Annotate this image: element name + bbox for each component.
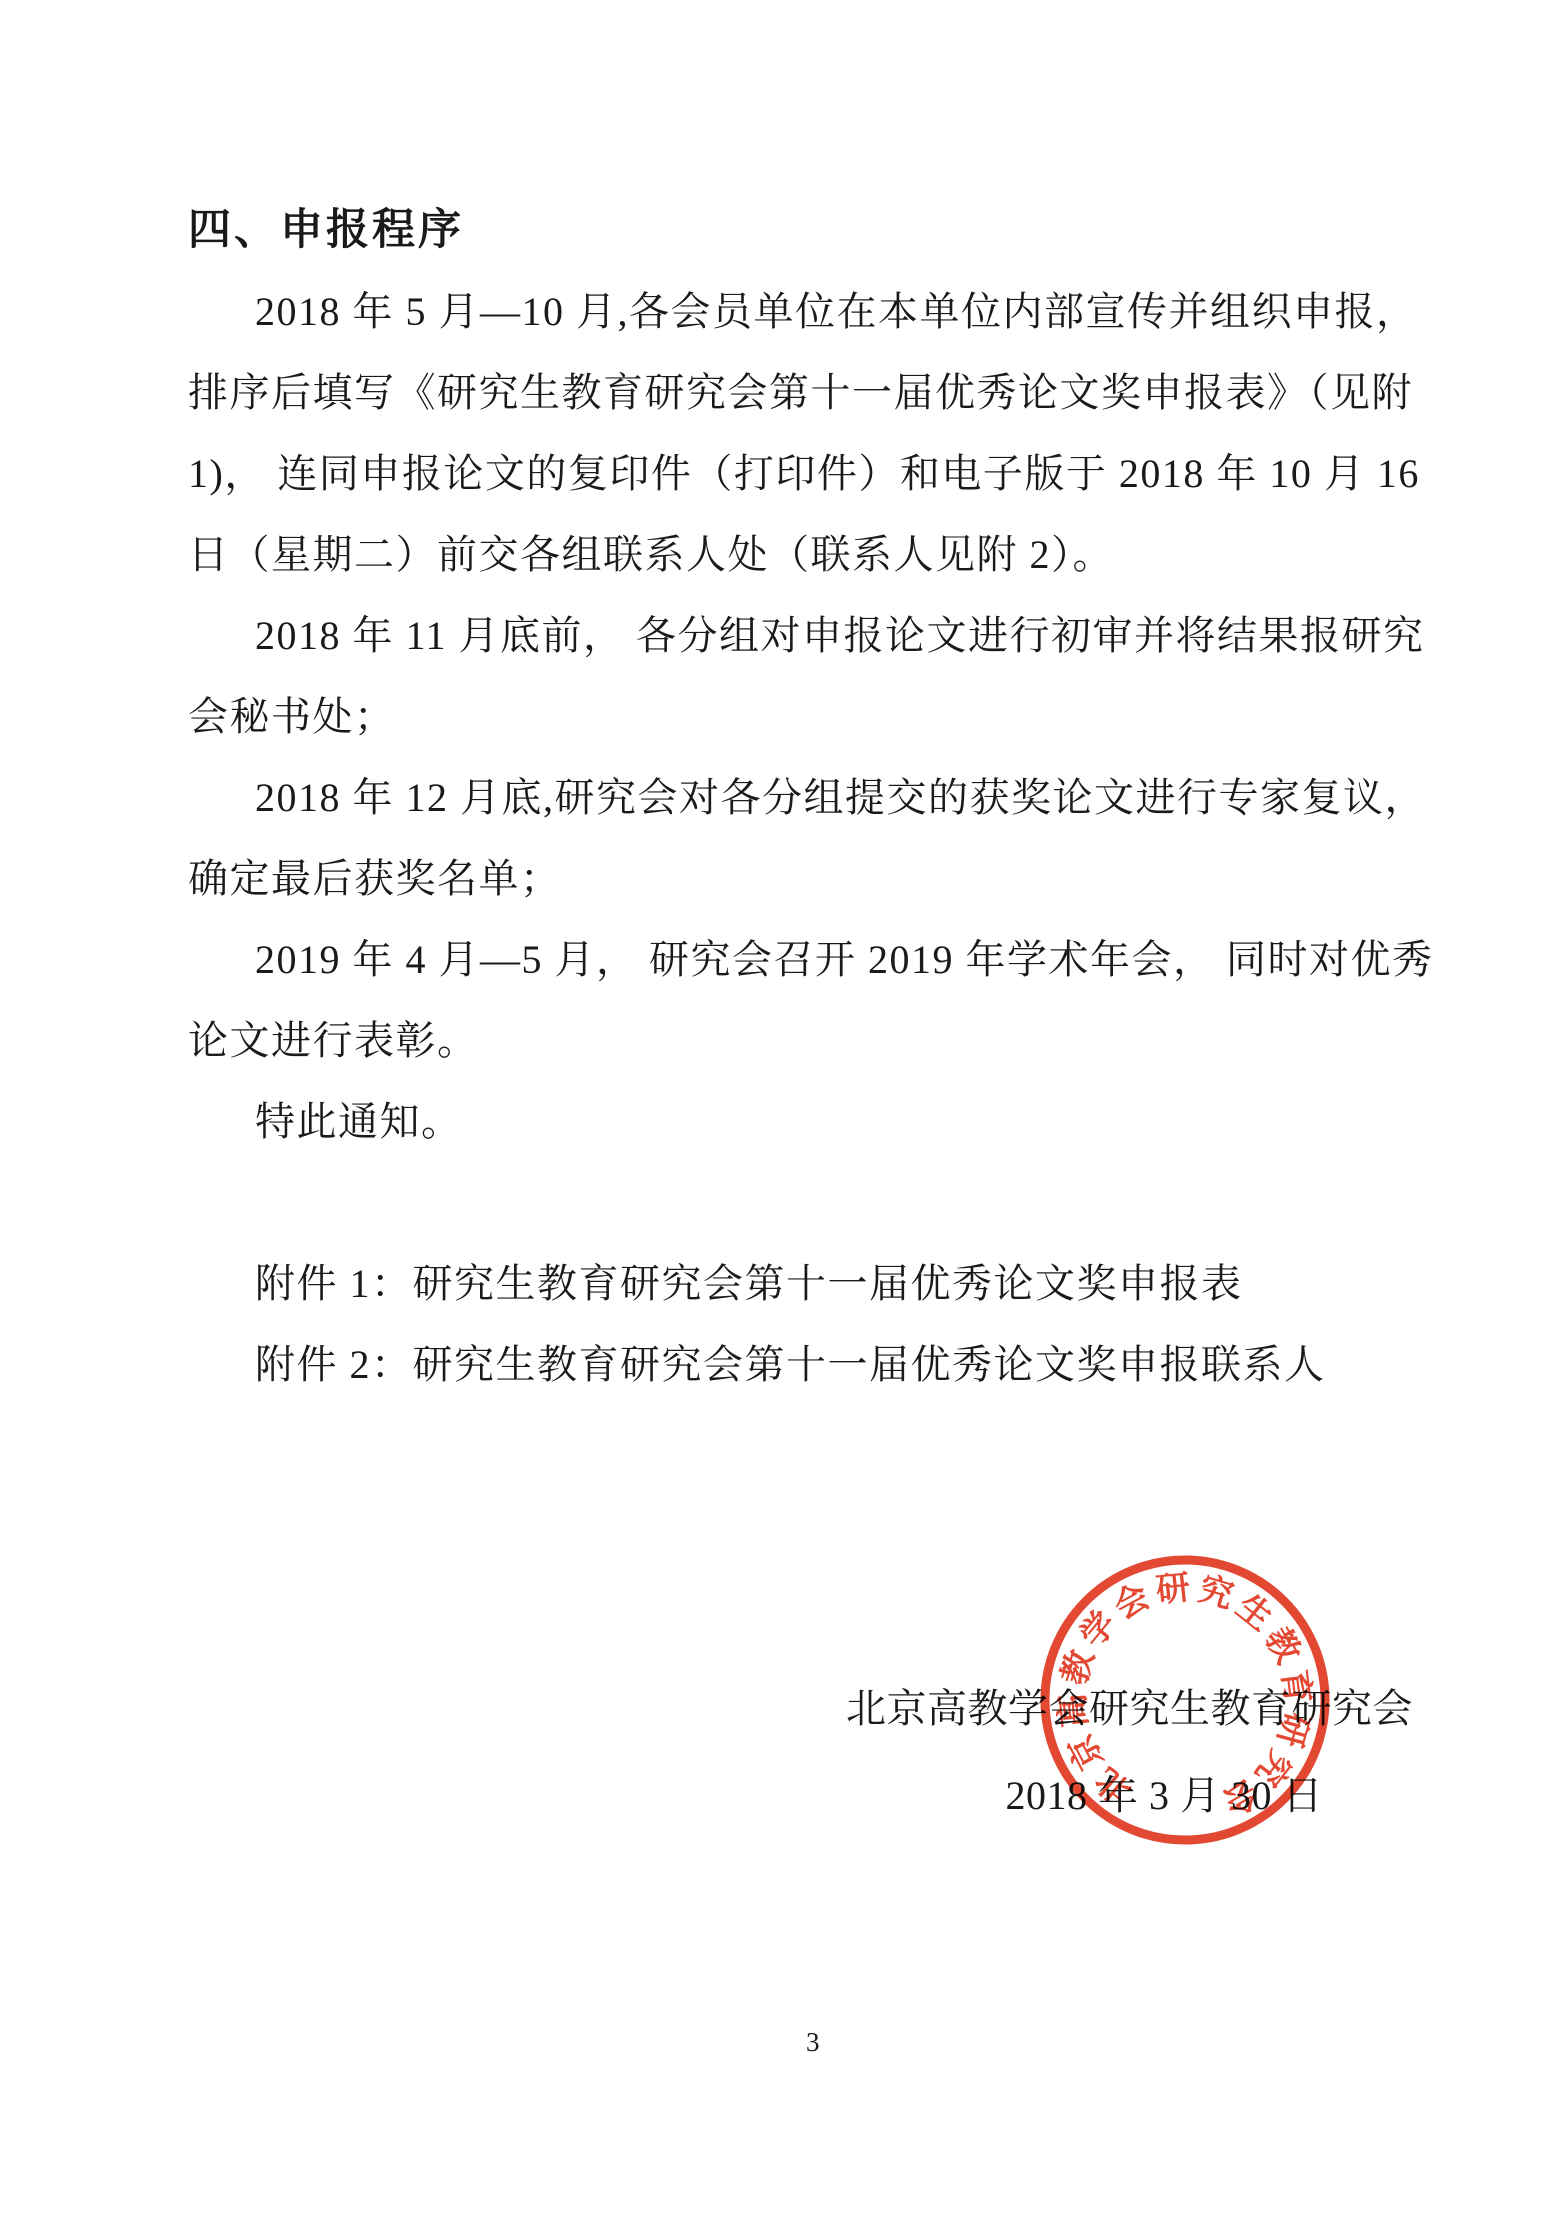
svg-text:究: 究 [1194, 1569, 1238, 1616]
body-line: 确定最后获奖名单； [188, 838, 1415, 919]
document-body: 四、申报程序 2018 年 5 月—10 月,各会员单位在本单位内部宣传并组织申… [188, 190, 1415, 1405]
page-number: 3 [806, 2024, 820, 2060]
svg-text:教: 教 [1055, 1645, 1102, 1690]
attachment-line-1: 附件 1：研究生教育研究会第十一届优秀论文奖申报表 [188, 1243, 1415, 1324]
body-line: 1)， 连同申报论文的复印件（打印件）和电子版于 2018 年 10 月 16 [188, 433, 1415, 514]
svg-text:教: 教 [1257, 1621, 1307, 1670]
svg-text:研: 研 [1270, 1708, 1315, 1751]
body-line: 特此通知。 [188, 1081, 1415, 1162]
attachment-line-2: 附件 2：研究生教育研究会第十一届优秀论文奖申报联系人 [188, 1324, 1415, 1405]
body-line: 2019 年 4 月—5 月， 研究会召开 2019 年学术年会， 同时对优秀 [188, 919, 1415, 1000]
section-heading: 四、申报程序 [188, 190, 1415, 271]
stamp-text: 北京高教学会研究生教育研究会 [1052, 1569, 1317, 1822]
blank-line [188, 1162, 1415, 1243]
body-line: 2018 年 11 月底前， 各分组对申报论文进行初审并将结果报研究 [188, 595, 1415, 676]
svg-text:育: 育 [1275, 1667, 1318, 1705]
svg-text:高: 高 [1052, 1692, 1094, 1730]
svg-text:会: 会 [1217, 1772, 1265, 1822]
body-line: 2018 年 5 月—10 月,各会员单位在本单位内部宣传并组织申报， [188, 271, 1415, 352]
body-line: 论文进行表彰。 [188, 1000, 1415, 1081]
document-page: 四、申报程序 2018 年 5 月—10 月,各会员单位在本单位内部宣传并组织申… [0, 0, 1547, 2222]
svg-text:研: 研 [1154, 1569, 1192, 1609]
body-line: 排序后填写《研究生教育研究会第十一届优秀论文奖申报表》（见附 [188, 352, 1415, 433]
body-line: 会秘书处； [188, 676, 1415, 757]
svg-text:会: 会 [1108, 1577, 1156, 1627]
svg-text:京: 京 [1062, 1728, 1111, 1776]
body-line: 日（星期二）前交各组联系人处（联系人见附 2）。 [188, 514, 1415, 595]
body-line: 2018 年 12 月底,研究会对各分组提交的获奖论文进行专家复议， [188, 757, 1415, 838]
official-stamp-icon: 北京高教学会研究生教育研究会 [1039, 1552, 1331, 1848]
